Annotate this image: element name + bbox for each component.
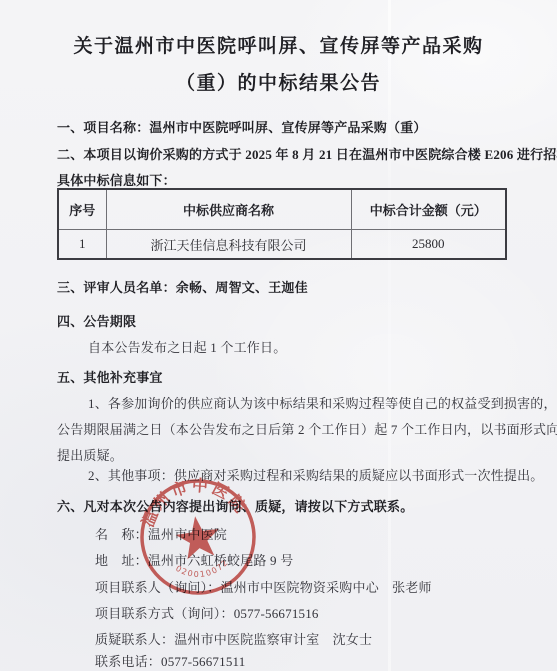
table-cell-amount: 25800 (351, 230, 506, 260)
section-4-heading: 四、公告期限 (57, 311, 136, 330)
contact-phone-line: 联系电话：0577-56671511 (95, 651, 245, 670)
section-5-paragraph-1-line-1: 1、各参加询价的供应商认为该中标结果和采购过程等使自己的权益受到损害的，可以自本 (88, 393, 557, 412)
page-title-line-1: 关于温州市中医院呼叫屏、宣传屏等产品采购 (0, 31, 557, 58)
document-page: 关于温州市中医院呼叫屏、宣传屏等产品采购 （重）的中标结果公告 一、项目名称：温… (0, 0, 557, 671)
contact-address-line: 地 址：温州市六虹桥蛟尾路 9 号 (95, 550, 293, 569)
table-header-supplier: 中标供应商名称 (106, 189, 351, 230)
section-5-heading: 五、其他补充事宜 (57, 367, 163, 386)
table-cell-no: 1 (58, 230, 106, 260)
page-title-line-2: （重）的中标结果公告 (0, 68, 557, 95)
table-header-no: 序号 (58, 189, 106, 230)
table-cell-supplier: 浙江天佳信息科技有限公司 (106, 230, 351, 260)
award-table: 序号 中标供应商名称 中标合计金额（元） 1 浙江天佳信息科技有限公司 2580… (57, 188, 507, 260)
contact-project-phone-line: 项目联系方式（询问）：0577-56671516 (95, 603, 319, 622)
table-header-amount: 中标合计金额（元） (351, 189, 506, 230)
section-4-body: 自本公告发布之日起 1 个工作日。 (88, 337, 286, 356)
section-2-line-1: 二、本项目以询价采购的方式于 2025 年 8 月 21 日在温州市中医院综合楼… (57, 144, 557, 163)
contact-challenge-person-line: 质疑联系人：温州市中医院监察审计室 沈女士 (95, 629, 372, 648)
paper-crease (388, 0, 391, 671)
section-6-heading: 六、凡对本次公告内容提出询问、质疑，请按以下方式联系。 (57, 496, 413, 515)
contact-name-line: 名 称：温州市中医院 (95, 524, 227, 543)
contact-project-person-line: 项目联系人（询问）：温州市中医院物资采购中心 张老师 (95, 577, 432, 596)
table-header-row: 序号 中标供应商名称 中标合计金额（元） (58, 189, 506, 230)
section-2-line-2: 具体中标信息如下： (57, 170, 176, 189)
section-5-paragraph-2: 2、其他事项：供应商对采购过程和采购结果的质疑应以书面形式一次性提出。 (88, 465, 544, 484)
section-5-paragraph-1-line-2: 公告期限届满之日（本公告发布之日后第 2 个工作日）起 7 个工作日内，以书面形… (57, 419, 557, 438)
section-1-heading: 一、项目名称：温州市中医院呼叫屏、宣传屏等产品采购（重） (57, 117, 427, 136)
section-3-heading: 三、评审人员名单：余畅、周智文、王迦佳 (57, 277, 308, 296)
table-row: 1 浙江天佳信息科技有限公司 25800 (58, 230, 506, 260)
section-5-paragraph-1-line-3: 提出质疑。 (57, 445, 123, 464)
